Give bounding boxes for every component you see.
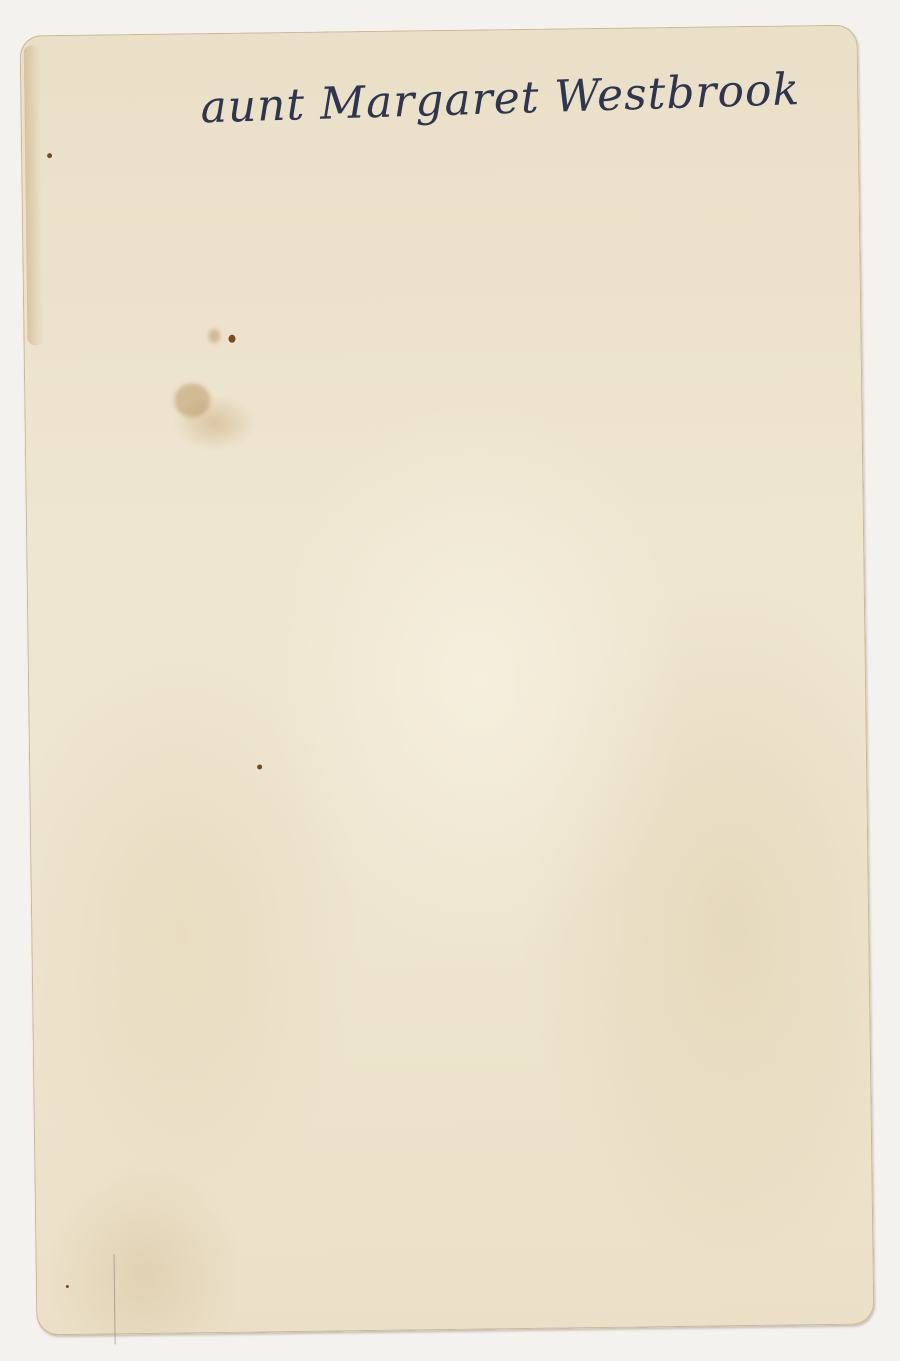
handwritten-inscription: aunt Margaret Westbrook [200,64,801,133]
photo-card-back: aunt Margaret Westbrook [20,25,875,1336]
foxing-spot [257,764,262,769]
foxing-spot [47,153,52,158]
stain [208,329,220,343]
crease-line [113,1254,115,1344]
foxing-spot [228,335,235,343]
foxing-spot [66,1285,69,1288]
stain [174,383,210,417]
